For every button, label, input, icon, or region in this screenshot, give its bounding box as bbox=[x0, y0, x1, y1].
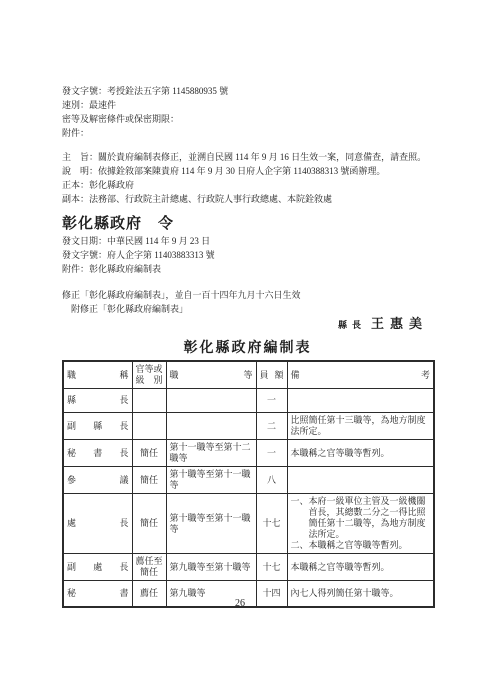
amendment-block: 修正「彰化縣政府編制表」，並自一百十四年九月十六日生效 附修正「彰化縣政府編制表… bbox=[62, 288, 442, 316]
memo-doc-number: 發文字號：考授銓法五字第 1145880935 號 bbox=[62, 84, 442, 98]
order-attachment: 附件：彰化縣政府編制表 bbox=[62, 262, 442, 276]
cell-position: 縣長 bbox=[63, 389, 132, 413]
document-page: 發文字號：考授銓法五字第 1145880935 號 速別：最速件 密等及解密條件… bbox=[0, 0, 480, 679]
header-rank: 官等或級別 bbox=[132, 361, 166, 389]
cell-remarks: 比照簡任第十三職等，為地方制度法所定。 bbox=[287, 413, 434, 440]
order-issue-date: 發文日期：中華民國 114 年 9 月 23 日 bbox=[62, 234, 442, 248]
memo-copy-to: 副本：法務部、行政院主計總處、行政院人事行政總處、本院銓敘處 bbox=[62, 192, 442, 206]
table-header-row: 職稱 官等或級別 職等 員額 備考 bbox=[63, 361, 434, 389]
table-row: 縣長 一 bbox=[63, 389, 434, 413]
memo-original-to: 正本：彰化縣政府 bbox=[62, 178, 442, 192]
cell-grade: 第十一職等至第十二職等 bbox=[166, 440, 256, 467]
order-title: 彰化縣政府 令 bbox=[62, 214, 442, 234]
cell-rank: 簡任 bbox=[132, 494, 166, 554]
cell-grade bbox=[166, 413, 256, 440]
cell-rank: 簡任 bbox=[132, 440, 166, 467]
cell-quota: 一 bbox=[256, 389, 287, 413]
cell-remarks: 本職稱之官等職等暫列。 bbox=[287, 554, 434, 581]
cell-quota: 二 bbox=[256, 413, 287, 440]
cell-position: 副處長 bbox=[63, 554, 132, 581]
cell-remarks: 本職稱之官等職等暫列。 bbox=[287, 440, 434, 467]
staffing-table-title: 彰化縣政府編制表 bbox=[62, 338, 433, 356]
table-row: 處長 簡任 第十職等至第十一職等 十七 一、本府一級單位主管及一級機關首長，其總… bbox=[63, 494, 434, 554]
cell-rank bbox=[132, 413, 166, 440]
cell-quota: 八 bbox=[256, 467, 287, 494]
table-row: 秘書長 簡任 第十一職等至第十二職等 一 本職稱之官等職等暫列。 bbox=[63, 440, 434, 467]
signer-name: 王惠美 bbox=[371, 316, 428, 331]
document-content: 發文字號：考授銓法五字第 1145880935 號 速別：最速件 密等及解密條件… bbox=[62, 84, 442, 608]
cell-remarks bbox=[287, 389, 434, 413]
amendment-line: 修正「彰化縣政府編制表」，並自一百十四年九月十六日生效 bbox=[62, 288, 442, 302]
table-row: 副縣長 二 比照簡任第十三職等，為地方制度法所定。 bbox=[63, 413, 434, 440]
table-row: 副處長 薦任至簡任 第九職等至第十職等 十七 本職稱之官等職等暫列。 bbox=[63, 554, 434, 581]
memo-attachment: 附件： bbox=[62, 126, 442, 140]
memo-security: 密等及解密條件或保密期限： bbox=[62, 112, 442, 126]
cell-remarks bbox=[287, 467, 434, 494]
cell-grade: 第十職等至第十一職等 bbox=[166, 467, 256, 494]
cell-position: 處長 bbox=[63, 494, 132, 554]
cell-grade bbox=[166, 389, 256, 413]
cell-quota: 十七 bbox=[256, 554, 287, 581]
header-quota: 員額 bbox=[256, 361, 287, 389]
cell-quota: 一 bbox=[256, 440, 287, 467]
order-doc-number: 發文字號：府人企字第 11403883313 號 bbox=[62, 248, 442, 262]
memo-subject: 主 旨：關於貴府編制表修正，並溯自民國 114 年 9 月 16 日生效一案，同… bbox=[62, 150, 442, 164]
cell-quota: 十七 bbox=[256, 494, 287, 554]
cell-grade: 第十職等至第十一職等 bbox=[166, 494, 256, 554]
cell-rank: 簡任 bbox=[132, 467, 166, 494]
amendment-attachment-line: 附修正「彰化縣政府編制表」 bbox=[62, 302, 442, 316]
signer-title: 縣長 bbox=[338, 320, 366, 330]
header-grade: 職等 bbox=[166, 361, 256, 389]
cell-rank bbox=[132, 389, 166, 413]
staffing-table: 職稱 官等或級別 職等 員額 備考 縣長 一 副縣長 bbox=[62, 360, 435, 608]
cell-grade: 第九職等至第十職等 bbox=[166, 554, 256, 581]
header-position: 職稱 bbox=[63, 361, 132, 389]
cell-position: 副縣長 bbox=[63, 413, 132, 440]
page-number: 26 bbox=[0, 598, 480, 610]
cell-rank: 薦任至簡任 bbox=[132, 554, 166, 581]
cell-position: 參議 bbox=[63, 467, 132, 494]
table-row: 參議 簡任 第十職等至第十一職等 八 bbox=[63, 467, 434, 494]
cell-remarks: 一、本府一級單位主管及一級機關首長，其總數二分之一得比照簡任第十二職等，為地方制… bbox=[287, 494, 434, 554]
memo-speed: 速別：最速件 bbox=[62, 98, 442, 112]
signature-block: 縣長王惠美 bbox=[62, 316, 442, 332]
cell-position: 秘書長 bbox=[63, 440, 132, 467]
memo-explanation: 說 明：依據銓敘部案陳貴府 114 年 9 月 30 日府人企字第 114038… bbox=[62, 164, 442, 178]
header-remarks: 備考 bbox=[287, 361, 434, 389]
